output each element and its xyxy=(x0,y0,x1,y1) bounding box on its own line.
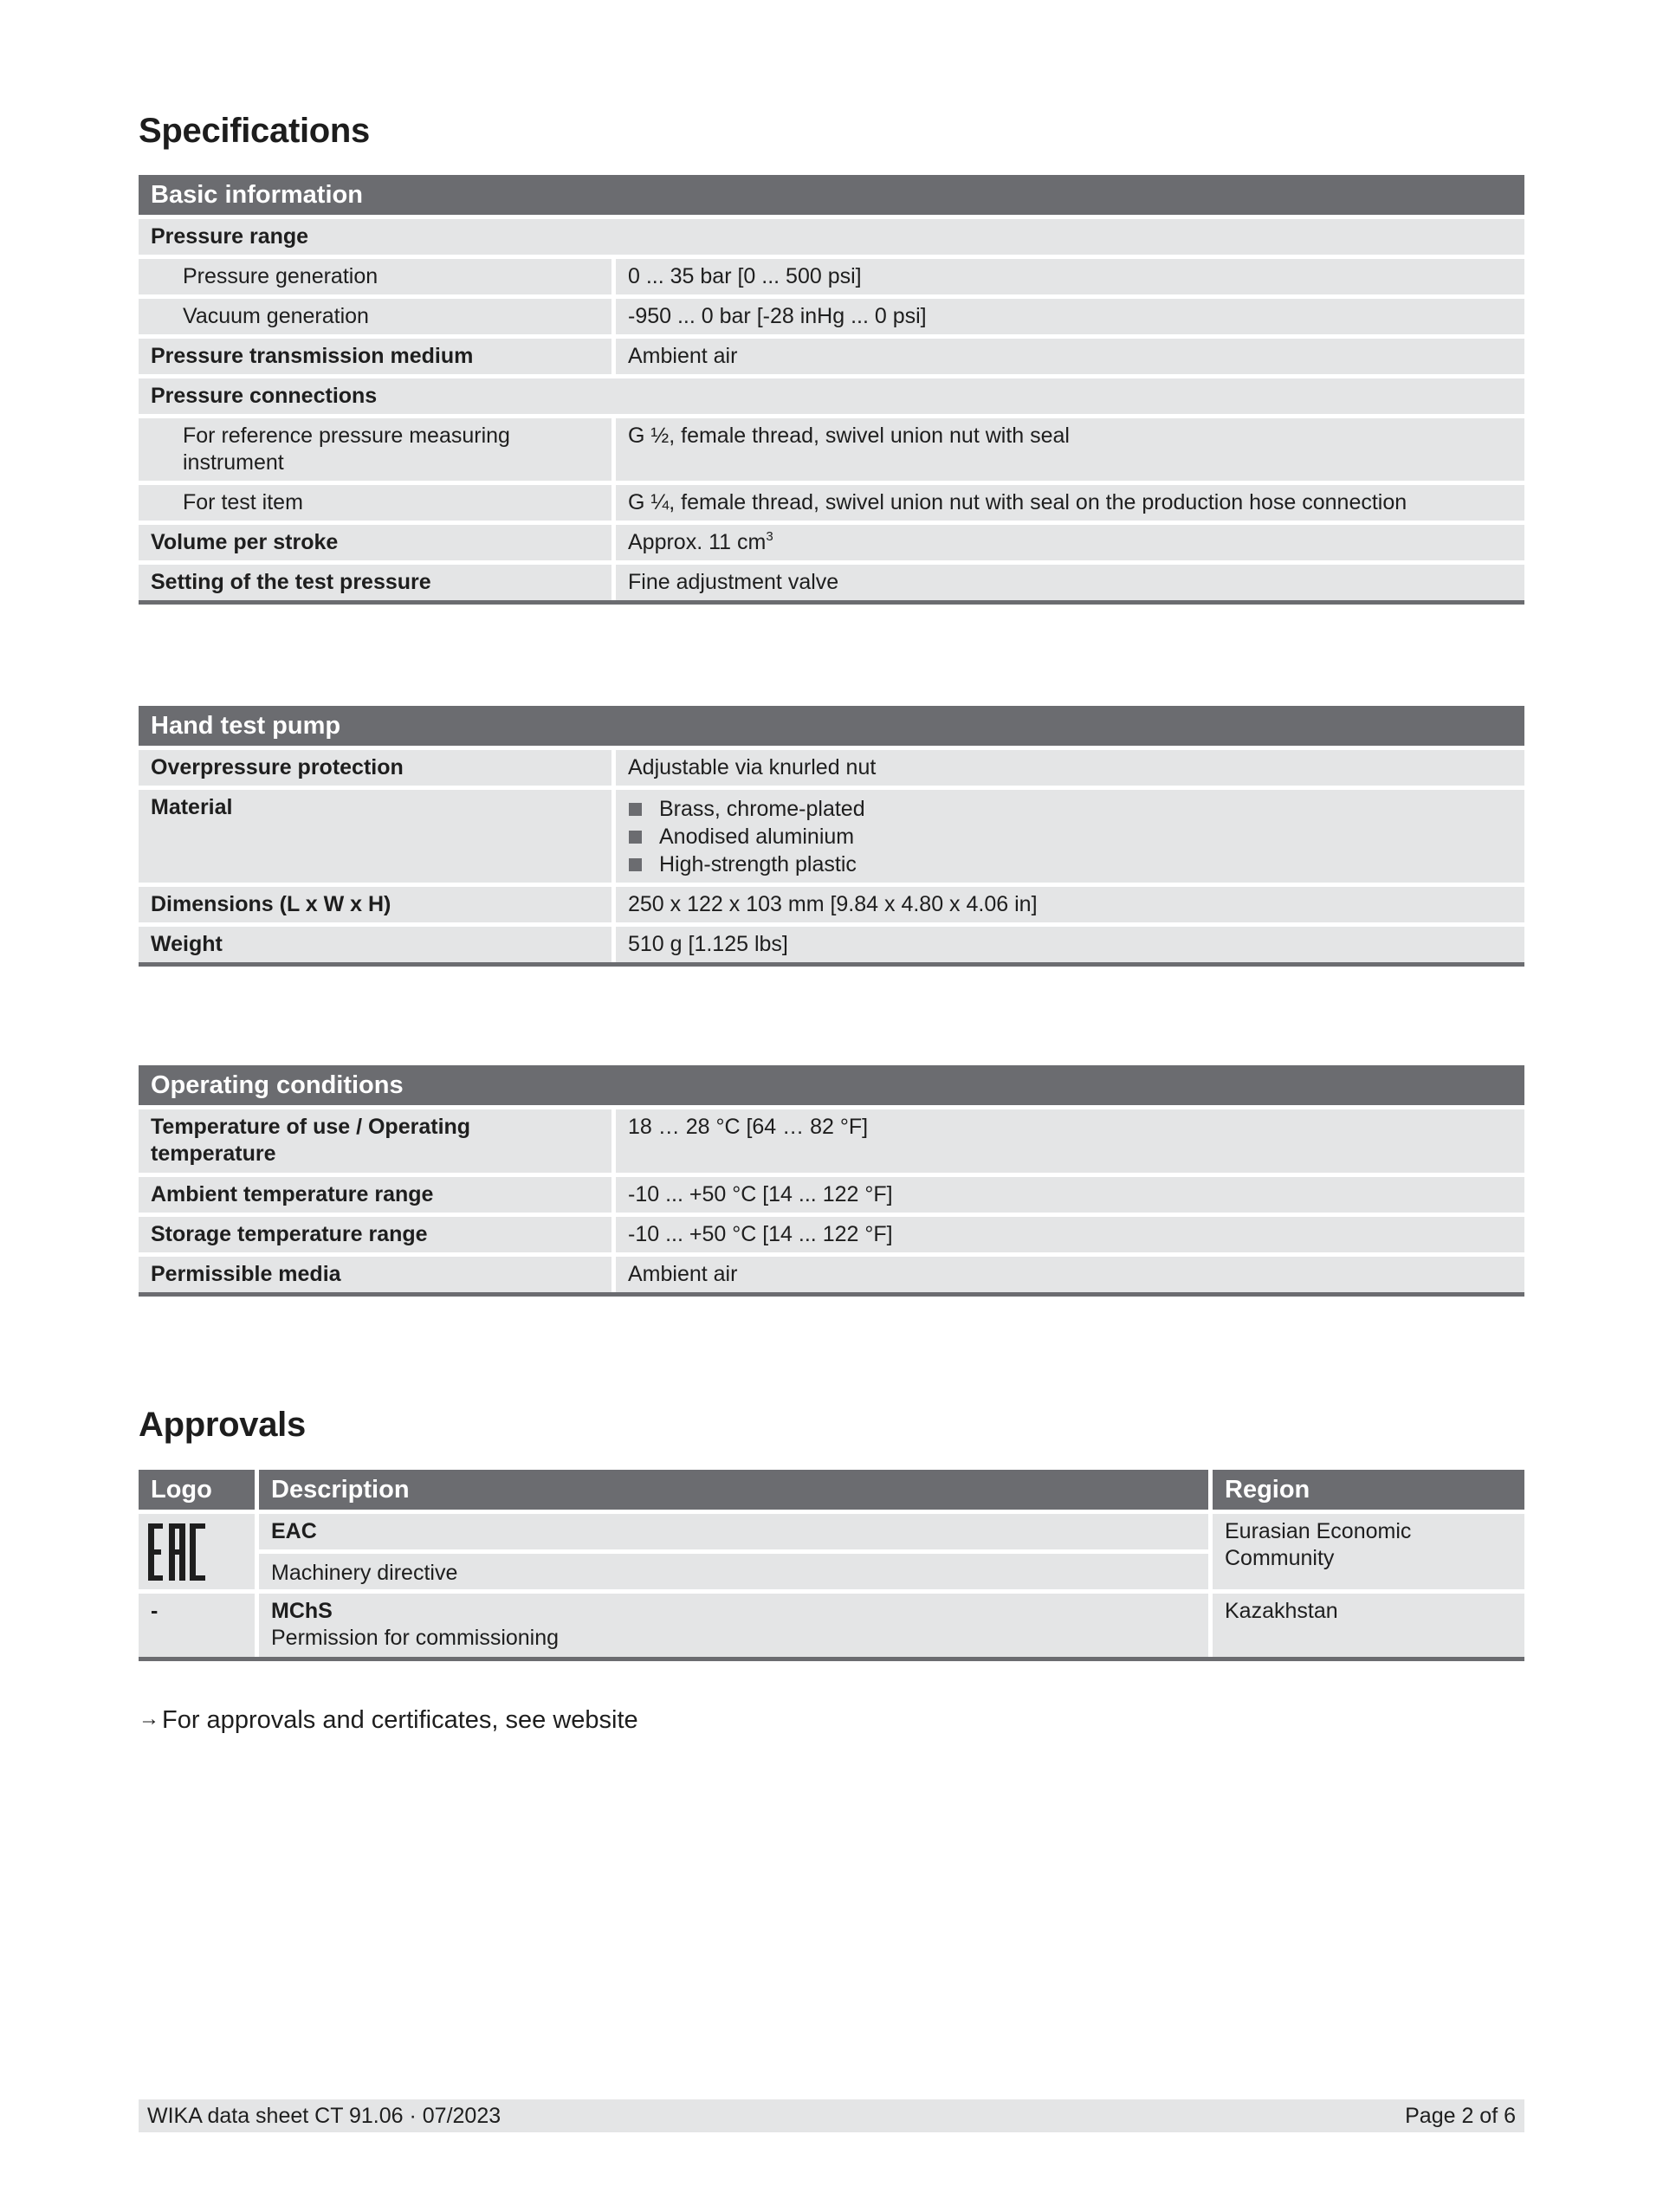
row-label: Permissible media xyxy=(139,1257,611,1292)
approval-description: Permission for commissioning xyxy=(271,1625,1196,1652)
row-label: Temperature of use / Operating temperatu… xyxy=(139,1109,611,1173)
table-row: Pressure range xyxy=(139,219,1524,255)
row-label: Storage temperature range xyxy=(139,1217,611,1252)
logo-cell: - xyxy=(139,1594,255,1657)
row-label: Overpressure protection xyxy=(139,750,611,786)
table-bottom-border xyxy=(139,600,1524,605)
row-label: Pressure range xyxy=(139,219,1524,255)
row-value: 0 ... 35 bar [0 ... 500 psi] xyxy=(616,259,1524,294)
operating-conditions-table: Operating conditions Temperature of use … xyxy=(139,1065,1524,1297)
row-label: Volume per stroke xyxy=(139,525,611,560)
table-row: Ambient temperature range -10 ... +50 °C… xyxy=(139,1177,1524,1213)
table-bottom-border xyxy=(139,1657,1524,1661)
row-value: Fine adjustment valve xyxy=(616,565,1524,600)
column-header-region: Region xyxy=(1213,1470,1524,1510)
row-value: G ½, female thread, swivel union nut wit… xyxy=(616,418,1524,481)
row-value: -10 ... +50 °C [14 ... 122 °F] xyxy=(616,1177,1524,1213)
table-row: Weight 510 g [1.125 lbs] xyxy=(139,927,1524,962)
table-row: Overpressure protection Adjustable via k… xyxy=(139,750,1524,786)
description-cell: MChS Permission for commissioning xyxy=(259,1594,1208,1657)
list-item: High-strength plastic xyxy=(628,851,1512,878)
region-cell: Eurasian Economic Community xyxy=(1213,1514,1524,1589)
list-item: Brass, chrome-plated xyxy=(628,795,1512,823)
specifications-heading: Specifications xyxy=(139,113,370,148)
row-value: Ambient air xyxy=(616,1257,1524,1292)
footer-document-id: WIKA data sheet CT 91.06 · 07/2023 xyxy=(147,2104,501,2129)
row-label: Pressure generation xyxy=(139,259,611,294)
row-label: Material xyxy=(139,790,611,883)
row-value: 18 … 28 °C [64 … 82 °F] xyxy=(616,1109,1524,1173)
column-header-description: Description xyxy=(259,1470,1208,1510)
row-label: For test item xyxy=(139,485,611,521)
approvals-heading: Approvals xyxy=(139,1407,306,1442)
table-row: Permissible media Ambient air xyxy=(139,1257,1524,1292)
eac-mark-icon xyxy=(148,1523,205,1581)
hand-test-pump-table: Hand test pump Overpressure protection A… xyxy=(139,706,1524,967)
table-row: Dimensions (L x W x H) 250 x 122 x 103 m… xyxy=(139,887,1524,922)
approval-description: Machinery directive xyxy=(259,1554,1208,1589)
note-text[interactable]: For approvals and certificates, see webs… xyxy=(162,1706,638,1734)
table-row: Setting of the test pressure Fine adjust… xyxy=(139,565,1524,600)
page-footer: WIKA data sheet CT 91.06 · 07/2023 Page … xyxy=(139,2099,1524,2132)
description-cell: EAC Machinery directive xyxy=(259,1514,1208,1589)
table-row: For test item G ¼, female thread, swivel… xyxy=(139,485,1524,521)
table-header: Basic information xyxy=(139,175,1524,215)
row-label: Dimensions (L x W x H) xyxy=(139,887,611,922)
row-value: Ambient air xyxy=(616,339,1524,374)
row-value: 250 x 122 x 103 mm [9.84 x 4.80 x 4.06 i… xyxy=(616,887,1524,922)
table-row: Pressure connections xyxy=(139,378,1524,414)
table-row: For reference pressure measuring instrum… xyxy=(139,418,1524,481)
approvals-table: Logo Description Region xyxy=(139,1470,1524,1661)
basic-information-table: Basic information Pressure range Pressur… xyxy=(139,175,1524,605)
row-label: Weight xyxy=(139,927,611,962)
row-value: G ¼, female thread, swivel union nut wit… xyxy=(616,485,1524,521)
table-row: Material Brass, chrome-plated Anodised a… xyxy=(139,790,1524,883)
row-label: Ambient temperature range xyxy=(139,1177,611,1213)
table-bottom-border xyxy=(139,962,1524,967)
table-row: Pressure transmission medium Ambient air xyxy=(139,339,1524,374)
region-cell: Kazakhstan xyxy=(1213,1594,1524,1657)
row-value: Approx. 11 cm3 xyxy=(616,525,1524,560)
table-row: Temperature of use / Operating temperatu… xyxy=(139,1109,1524,1173)
row-value: Brass, chrome-plated Anodised aluminium … xyxy=(616,790,1524,883)
table-row: Storage temperature range -10 ... +50 °C… xyxy=(139,1217,1524,1252)
arrow-right-icon: → xyxy=(139,1707,159,1730)
table-row: Pressure generation 0 ... 35 bar [0 ... … xyxy=(139,259,1524,294)
row-value: -10 ... +50 °C [14 ... 122 °F] xyxy=(616,1217,1524,1252)
approval-name: MChS xyxy=(271,1598,1196,1625)
row-value: Adjustable via knurled nut xyxy=(616,750,1524,786)
row-value: 510 g [1.125 lbs] xyxy=(616,927,1524,962)
row-label: Pressure connections xyxy=(139,378,1524,414)
material-list: Brass, chrome-plated Anodised aluminium … xyxy=(628,795,1512,878)
table-header: Operating conditions xyxy=(139,1065,1524,1105)
approvals-table-header: Logo Description Region xyxy=(139,1470,1524,1510)
volume-value: Approx. 11 cm xyxy=(628,530,766,554)
row-label: Pressure transmission medium xyxy=(139,339,611,374)
approval-name: EAC xyxy=(259,1514,1208,1549)
row-value: -950 ... 0 bar [-28 inHg ... 0 psi] xyxy=(616,299,1524,334)
table-header: Hand test pump xyxy=(139,706,1524,746)
volume-unit-superscript: 3 xyxy=(766,529,773,544)
list-item: Anodised aluminium xyxy=(628,823,1512,851)
table-row: EAC Machinery directive Eurasian Economi… xyxy=(139,1514,1524,1589)
row-label: For reference pressure measuring instrum… xyxy=(139,418,611,481)
table-bottom-border xyxy=(139,1292,1524,1297)
table-row: Vacuum generation -950 ... 0 bar [-28 in… xyxy=(139,299,1524,334)
table-row: - MChS Permission for commissioning Kaza… xyxy=(139,1594,1524,1657)
row-label: Setting of the test pressure xyxy=(139,565,611,600)
column-header-logo: Logo xyxy=(139,1470,255,1510)
footer-page-number: Page 2 of 6 xyxy=(1405,2104,1516,2129)
table-row: Volume per stroke Approx. 11 cm3 xyxy=(139,525,1524,560)
row-label: Vacuum generation xyxy=(139,299,611,334)
logo-cell xyxy=(139,1514,255,1589)
approvals-note: →For approvals and certificates, see web… xyxy=(139,1706,638,1735)
